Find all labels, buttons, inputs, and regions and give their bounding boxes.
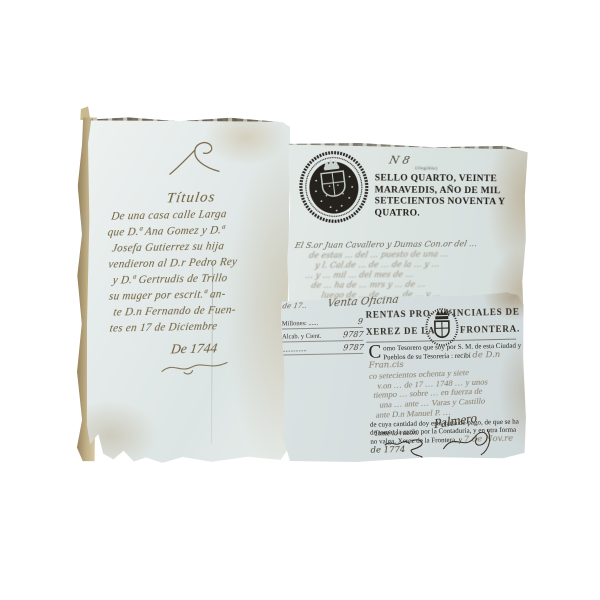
aged-top-edge [87, 115, 291, 121]
manuscript-text-block: Títulos De una casa calle Larga que D.ª … [106, 136, 279, 376]
form-header-row: XEREZ DE LA FRONTERA. [366, 324, 520, 337]
underline-flourish-icon [159, 358, 229, 375]
margin-value: 9 [357, 316, 363, 325]
stamped-paper: N 8 (ilegible) SELLO QUARTO, VEINTE MARA… [284, 140, 529, 315]
top-annotation: Venta Oficina [327, 294, 400, 310]
calligraphic-flourish-icon [164, 137, 227, 178]
header-text: RENTAS PRO- [366, 308, 435, 319]
stamped-fiscal-document: N 8 (ilegible) SELLO QUARTO, VEINTE MARA… [284, 140, 529, 315]
dropcap-initial: C [368, 344, 381, 360]
header-text: FRONTERA. [460, 324, 520, 335]
manuscript-booklet: Títulos De una casa calle Larga que D.ª … [75, 115, 291, 464]
margin-value: 9787 [342, 329, 363, 338]
margin-row: ............... 9787 [282, 341, 363, 356]
margin-annotation: de 17.. [282, 302, 308, 311]
stamp-text-block: SELLO QUARTO, VEINTE MARAVEDIS, AÑO DE M… [375, 173, 521, 220]
document-number: N 8 [388, 154, 411, 167]
form-margin-column: Millones: ...... 9 Alcab. y Cient. 9787 … [282, 315, 364, 356]
stamp-text-line: QUATRO. [375, 208, 521, 221]
form-header: RENTAS PRO- VINCIALES DE XEREZ DE LA FRO… [366, 307, 521, 343]
form-header-row: RENTAS PRO- VINCIALES DE [366, 307, 520, 320]
stamp-text-line: SELLO QUARTO, VEINTE [375, 173, 521, 186]
margin-label: ............... [282, 346, 307, 354]
aged-top-edge [288, 140, 529, 149]
stamp-text-line: SETECIENTOS NOVENTA Y [375, 196, 521, 209]
header-text: VINCIALES DE [445, 307, 520, 319]
margin-label: Millones: ...... [282, 319, 318, 327]
ink-seal-coat-of-arms-icon [295, 147, 373, 228]
spine-blue-mark [77, 215, 85, 241]
manuscript-date: De 1744 [109, 339, 279, 359]
photo-canvas: Títulos De una casa calle Larga que D.ª … [0, 0, 600, 600]
header-text: XEREZ DE LA [366, 325, 436, 336]
signature-rubric-right-icon [430, 424, 511, 460]
manuscript-lines: De una casa calle Larga que D.ª Ana Gome… [107, 205, 278, 336]
stamp-text-line: MARAVEDIS, AÑO DE MIL [375, 185, 521, 198]
tax-receipt-form: de 17.. Venta Oficina RENTAS PRO- VINCIA… [279, 291, 527, 464]
form-paper: de 17.. Venta Oficina RENTAS PRO- VINCIA… [279, 291, 527, 464]
faint-overprint-text: (ilegible) [415, 165, 438, 170]
form-handwriting-block: co setecientos ochenta y siete v.on … de… [369, 367, 523, 419]
manuscript-line: tes en 17 de Diciembre [109, 317, 279, 337]
margin-value: 9787 [342, 342, 363, 351]
manuscript-paper: Títulos De una casa calle Larga que D.ª … [85, 115, 291, 464]
margin-label: Alcab. y Cient. [282, 332, 321, 340]
